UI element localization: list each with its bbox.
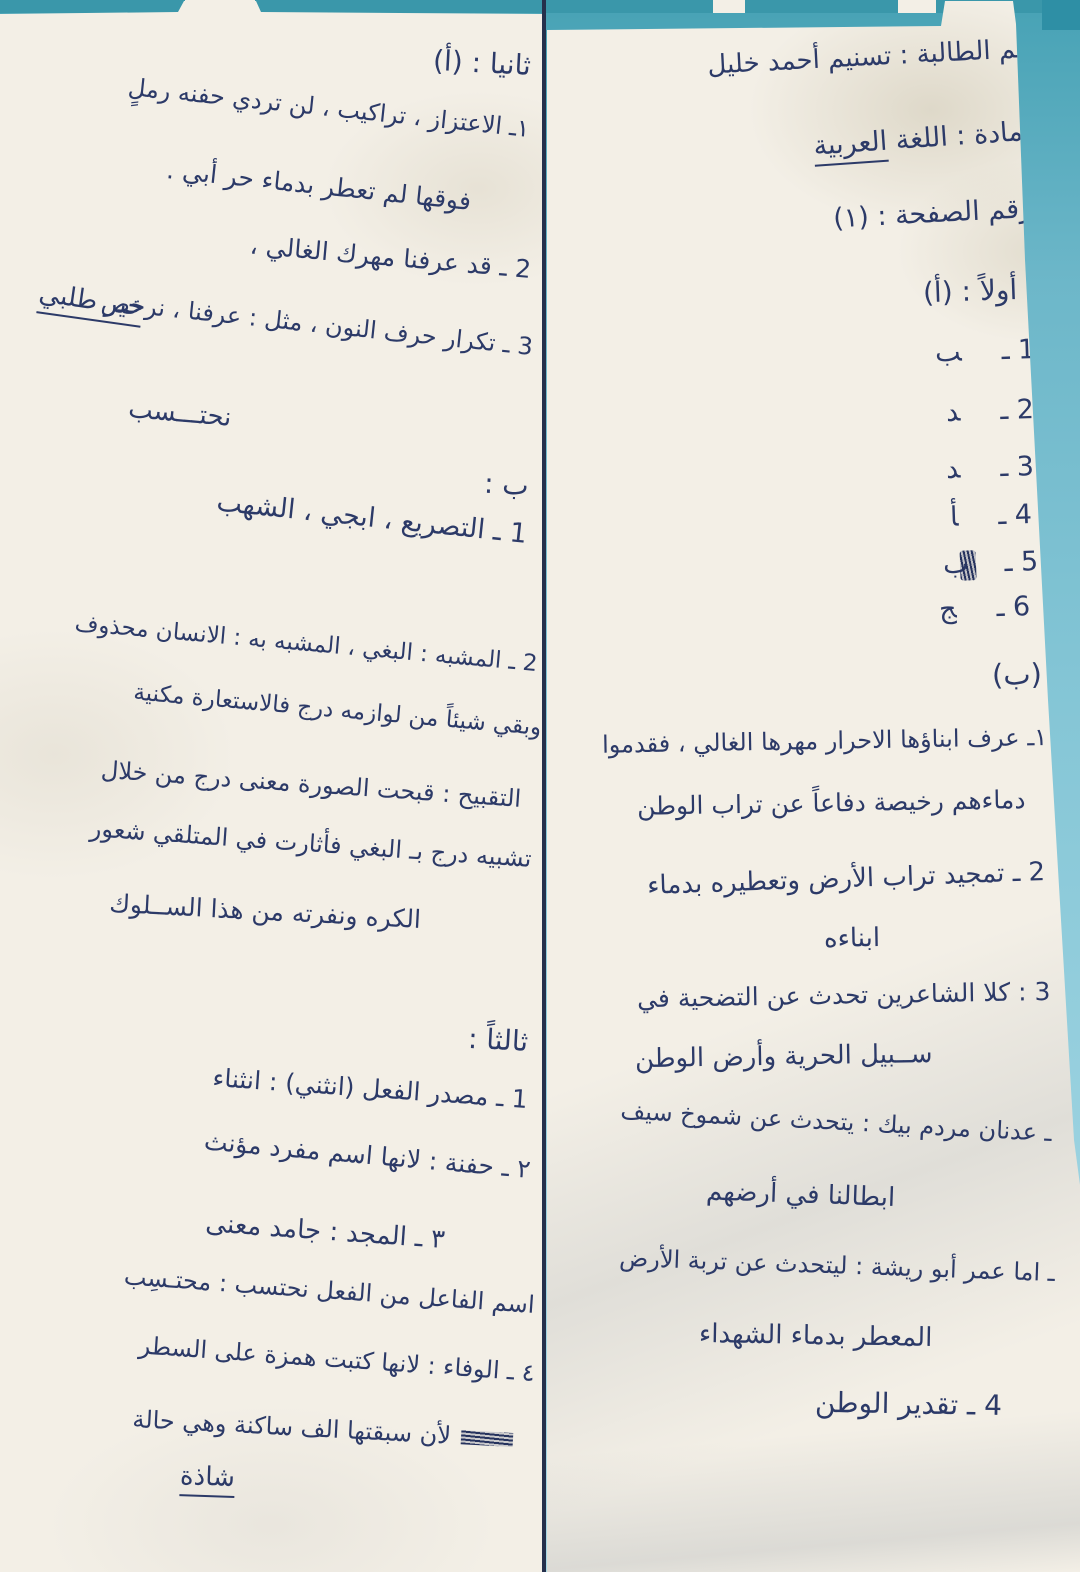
answer-b1-line2: دماءهم رخيصة دفاعاً عن تراب الوطن bbox=[636, 784, 1025, 822]
line-text: لأن سبقتها الف ساكنة وهي حالة bbox=[132, 1405, 452, 1450]
mcq-number: 4 ـ bbox=[998, 499, 1033, 531]
scribbled-out-word bbox=[461, 1430, 514, 1447]
mcq-answer-1: 1 ـب bbox=[934, 333, 1035, 370]
second-a-item1-line2: فوقها لم تعطر بدماء حر أبي . bbox=[165, 154, 473, 217]
second-b-item2-line1: 2 ـ المشبه : البغي ، المشبه به : الانسان… bbox=[73, 610, 538, 679]
answer-b2-line2: ابناءه bbox=[824, 922, 881, 955]
answer-b2-line1: 2 ـ تمجيد تراب الأرض وتعطيره بدماء bbox=[647, 856, 1046, 902]
mcq-answer-5: 5 ـب bbox=[942, 545, 1038, 582]
second-b-item2-line5: الكره ونفرته من هذا الســلوك bbox=[109, 888, 422, 936]
underlined-word: شاذة bbox=[179, 1461, 235, 1498]
mcq-number: 6 ـ bbox=[996, 591, 1031, 623]
third-item1: 1 ـ مصدر الفعل (انثني) : انثناء bbox=[212, 1062, 529, 1115]
third-item4-line3: شاذة bbox=[180, 1460, 236, 1494]
paper-tab bbox=[713, 0, 745, 13]
answer-b4-line2: ابطالنا في أرضهم bbox=[705, 1175, 895, 1214]
paper-tab bbox=[898, 0, 936, 13]
mcq-letter: ج bbox=[938, 594, 957, 626]
section-one-heading: أولاً : (أ) bbox=[922, 272, 1017, 310]
second-a-item3-line1: 3 ـ تكرار حرف النون ، مثل : عرفنا ، نرخص bbox=[100, 287, 535, 362]
answer-b3-line1: 3 : كلا الشاعرين تحدث عن التضحية في bbox=[636, 976, 1050, 1014]
page-divider-line bbox=[542, 0, 546, 1572]
second-a-item3-line2: نحتـــسب bbox=[127, 393, 233, 434]
third-item4-line2: لأن سبقتها الف ساكنة وهي حالة bbox=[124, 1404, 514, 1454]
subject-label: المادة : اللغة bbox=[895, 115, 1041, 156]
answer-b3-line2: ســبيل الحرية وأرض الوطن bbox=[634, 1038, 932, 1076]
mcq-number: 5 ـ bbox=[1004, 546, 1039, 578]
section-b-heading: (ب) bbox=[992, 656, 1043, 693]
page-number-line: رقم الصفحة : (١) bbox=[832, 192, 1033, 236]
mcq-answer-3: 3 ـد bbox=[946, 450, 1035, 487]
section-two-heading: ثانيا : (أ) bbox=[432, 43, 532, 83]
mcq-letter: ب bbox=[934, 337, 962, 369]
subject-line: المادة : اللغة العربية bbox=[805, 114, 1041, 164]
mcq-letter: د bbox=[946, 397, 961, 428]
mcq-number: 2 ـ bbox=[1000, 394, 1035, 426]
subject-value-underlined: العربية bbox=[813, 126, 889, 167]
scanned-exam-answer-sheet: اسم الطالبة : تسنيم أحمد خليل المادة : ا… bbox=[0, 0, 1080, 1572]
mcq-number: 3 ـ bbox=[1000, 451, 1035, 483]
second-a-item2-line1: 2 ـ قد عرفنا مهرك الغالي ، bbox=[249, 229, 533, 285]
third-item3-agent-noun: اسم الفاعل من الفعل نحتسب : محتـسِب bbox=[123, 1261, 536, 1320]
notebook-cover-corner bbox=[1042, 0, 1080, 30]
mcq-answer-4: 4 ـأ bbox=[950, 498, 1033, 535]
second-b-item2-line4: تشبيه درج بـ البغي فأثارت في المتلقي شعو… bbox=[89, 813, 532, 874]
answer-b6-line: 4 ـ تقدير الوطن bbox=[815, 1385, 1003, 1423]
scribbled-out-mark bbox=[960, 550, 977, 581]
second-b-item1: 1 ـ التصريع ، ابجي ، الشهب bbox=[215, 485, 529, 551]
answer-b4-line1: ـ عدنان مردم بيك : يتحدث عن شموخ سيف bbox=[620, 1095, 1053, 1148]
second-b-item2-line3: التقبيح : قبحت الصورة معنى درج من خلال bbox=[100, 755, 522, 814]
second-b-item2-line2: وبقي شيئاً من لوازمه درج فالاستعارة مكني… bbox=[132, 678, 542, 742]
second-b-heading: ب : bbox=[483, 466, 529, 503]
mcq-letter: أ bbox=[950, 502, 959, 533]
section-three-heading: ثالثاً : bbox=[467, 1021, 529, 1059]
answer-b5-line2: المعطر بدماء الشهداء bbox=[698, 1318, 932, 1355]
right-page: اسم الطالبة : تسنيم أحمد خليل المادة : ا… bbox=[547, 0, 1080, 1572]
second-a-item1-line1: ١ـ الاعتزاز ، تراكيب ، لن تردي حفنه رملٍ bbox=[126, 72, 530, 144]
mcq-answer-2: 2 ـد bbox=[946, 393, 1035, 430]
third-item3: ٣ ـ المجد : جامد معنى bbox=[205, 1207, 447, 1256]
third-item4-line1: ٤ ـ الوفاء : لانها كتبت همزة على السطر bbox=[138, 1330, 536, 1388]
answer-b1-line1: ١ـ عرف ابناؤها الاحرار مهرها الغالي ، فق… bbox=[602, 722, 1048, 760]
answer-b5-line1: ـ اما عمر أبو ريشة : ليتحدث عن تربة الأر… bbox=[619, 1243, 1056, 1288]
mcq-letter: د bbox=[946, 454, 961, 485]
student-name-line: اسم الطالبة : تسنيم أحمد خليل bbox=[706, 32, 1045, 82]
mcq-number: 1 ـ bbox=[1001, 334, 1036, 366]
third-item2: ٢ ـ حفنة : لانها اسم مفرد مؤنث bbox=[203, 1126, 532, 1186]
left-page: ثانيا : (أ) ١ـ الاعتزاز ، تراكيب ، لن تر… bbox=[0, 0, 543, 1572]
mcq-answer-6: 6 ـج bbox=[938, 590, 1030, 627]
